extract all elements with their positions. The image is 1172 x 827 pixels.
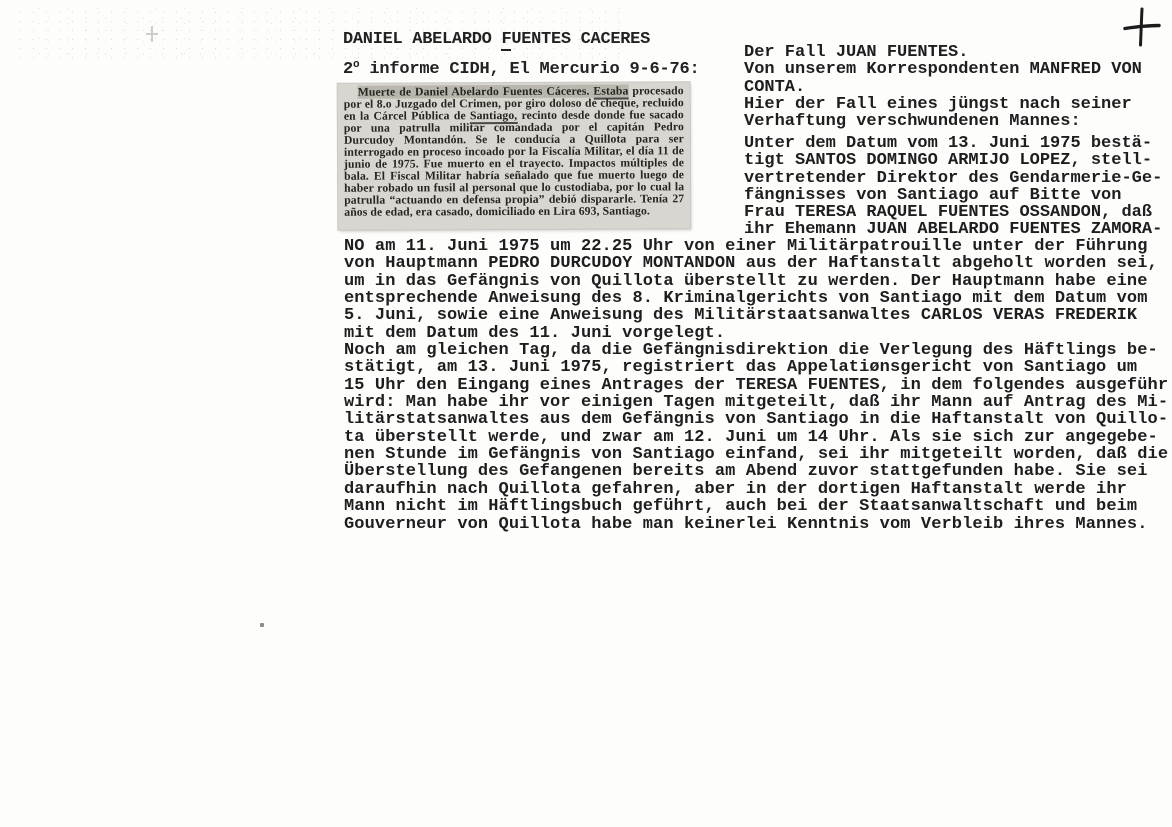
case-title: DANIEL ABELARDO FUENTES CACERES [343, 30, 650, 50]
german-article-intro: Der Fall JUAN FUENTES. Von unserem Korre… [744, 44, 1172, 130]
source-line-text: informe CIDH, El Mercurio 9-6-76: [359, 60, 699, 79]
clipping-paragraph: Muerte de Daniel Abelardo Fuentes Cácere… [344, 85, 685, 218]
german-article-main-text: NO am 11. Juni 1975 um 22.25 Uhr von ein… [344, 238, 1172, 533]
german-article-column: Unter dem Datum vom 13. Juni 1975 bestä-… [744, 135, 1172, 239]
newspaper-clipping: Muerte de Daniel Abelardo Fuentes Cácere… [338, 82, 691, 230]
scan-speck [260, 623, 264, 627]
source-line-number: 2 [343, 60, 353, 79]
clipping-body-part2: recinto desde donde fue sacado por una p… [344, 108, 684, 218]
case-title-post: UENTES CACERES [511, 30, 650, 49]
source-line: 2o informe CIDH, El Mercurio 9-6-76: [343, 55, 699, 80]
faint-plus-speck [146, 26, 158, 42]
case-title-underlined-letter: F [501, 30, 511, 51]
case-title-pre: DANIEL ABELARDO [343, 30, 501, 49]
document-page: DANIEL ABELARDO FUENTES CACERES 2o infor… [0, 0, 1172, 827]
